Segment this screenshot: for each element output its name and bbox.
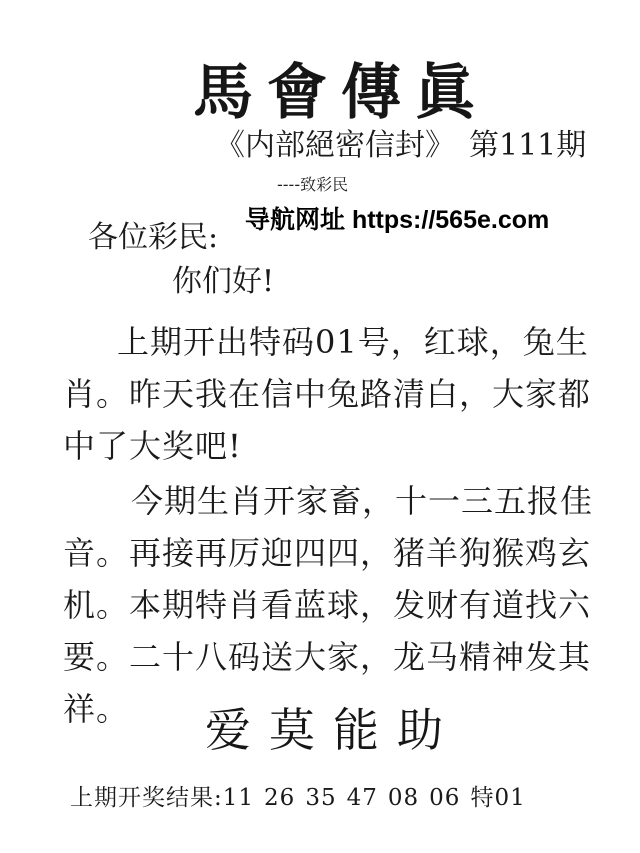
result-label: 上期开奖结果: [70, 785, 223, 811]
result-number: 35 [305, 785, 336, 811]
page-title: 馬會傳眞 [193, 58, 489, 128]
result-number: 08 [388, 785, 419, 811]
addressee-line: ----致彩民 [277, 174, 348, 196]
issue-number: 第111期 [469, 128, 586, 163]
watermark-link[interactable]: 导航网址 https://565e.com [245, 203, 549, 237]
result-special: 特01 [470, 785, 525, 811]
last-result-line: 上期开奖结果:112635470806特01 [70, 780, 526, 816]
paragraph-text: 今期生肖开家畜，十一三五报佳音。再接再厉迎四四，猪羊狗猴鸡玄机。本期特肖看蓝球，… [63, 482, 593, 728]
result-number: 11 [223, 785, 254, 811]
salutation: 各位彩民: [88, 218, 218, 258]
paragraph-text: 上期开出特码01号，红球，兔生肖。昨天我在信中兔路清白，大家都中了大奖吧! [63, 323, 591, 465]
paragraph-last-issue: 上期开出特码01号，红球，兔生肖。昨天我在信中兔路清白，大家都中了大奖吧! [63, 316, 618, 472]
subtitle: 《内部絕密信封》 [215, 128, 455, 163]
result-number: 26 [264, 785, 295, 811]
greeting: 你们好! [172, 262, 274, 302]
subtitle-line: 《内部絕密信封》第111期 [215, 126, 586, 166]
result-number: 06 [429, 785, 460, 811]
paragraph-this-issue: 今期生肖开家畜，十一三五报佳音。再接再厉迎四四，猪羊狗猴鸡玄机。本期特肖看蓝球，… [63, 475, 623, 735]
slogan: 爱莫能助 [205, 700, 461, 760]
result-number: 47 [347, 785, 378, 811]
